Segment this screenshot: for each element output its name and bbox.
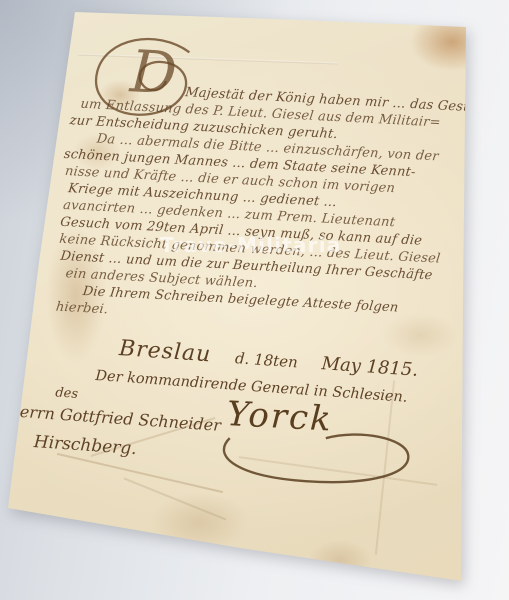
recipient-town: Hirschberg. — [33, 432, 219, 465]
photo-backdrop: D Majestät der König haben mir … das Ges… — [0, 0, 509, 600]
dateline-place: Breslau — [118, 336, 212, 367]
paper-shadow-wrap: D Majestät der König haben mir … das Ges… — [0, 0, 509, 600]
initial-letter: D — [129, 37, 179, 107]
fold-crease — [124, 477, 227, 520]
letter-paper: D Majestät der König haben mir … das Ges… — [0, 0, 509, 600]
signature-block: Yorck — [226, 394, 334, 439]
watermark-text: Trave-Militaria — [160, 233, 341, 257]
dateline-day: d. 18ten — [234, 349, 298, 371]
signature-flourish-icon — [208, 419, 426, 490]
recipient-block: des Herrn Gottfried Schneider Hirschberg… — [3, 382, 223, 465]
handwritten-text-layer: D Majestät der König haben mir … das Ges… — [55, 38, 474, 337]
dateline-month-year: May 1815. — [321, 353, 419, 381]
